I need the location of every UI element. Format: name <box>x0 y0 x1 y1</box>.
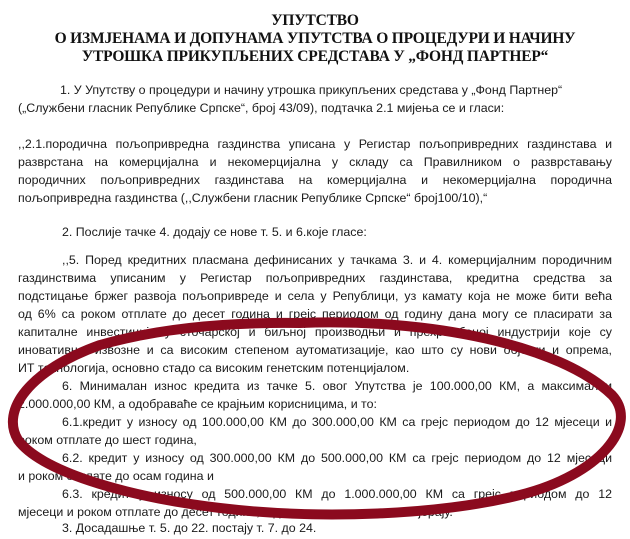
point-5-line-5: капиталне инвестиције у сточарској и биљ… <box>18 324 612 340</box>
document-page: УПУТСТВО О ИЗМЈЕНАМА И ДОПУНАМА УПУТСТВА… <box>0 0 630 539</box>
document-title-line-3: УТРОШКА ПРИКУПЉЕНИХ СРЕДСТАВА У „ФОНД ПА… <box>0 48 630 65</box>
point-6-1-line-2: роком отплате до шест година, <box>18 432 197 448</box>
point-6-3-line-2: мјесеци и роком отплате до десет година,… <box>18 504 457 520</box>
point-6-line-1: 6. Минималан износ кредита из тачке 5. о… <box>62 378 612 394</box>
point-6-line-2: 2.000.000,00 КМ, а одобраваће се крајњим… <box>18 396 377 412</box>
quote-2-1-line-1: ,,2.1.породична пољопривредна газдинства… <box>18 136 612 152</box>
point-6-2-line-2: и роком отплате до осам година и <box>18 468 214 484</box>
point-5-line-4: од 6% са роком отплате до десет година и… <box>18 306 612 322</box>
point-6-2-line-1: 6.2. кредит у износу од 300.000,00 КМ до… <box>62 450 612 466</box>
item-1-line-1: 1. У Упутству о процедури и начину утрош… <box>60 82 562 98</box>
point-6-1-line-1: 6.1.кредит у износу од 100.000,00 КМ до … <box>62 414 612 430</box>
point-5-line-7: ИТ технологија, основно стадо са високим… <box>18 360 409 376</box>
quote-2-1-line-3: породичних пољопривредних газдинстава на… <box>18 172 612 188</box>
document-title-line-1: УПУТСТВО <box>0 12 630 29</box>
item-3-line: 3. Досадашње т. 5. до 22. постају т. 7. … <box>62 520 316 536</box>
item-2-line: 2. Послије тачке 4. додају се нове т. 5.… <box>62 224 367 240</box>
point-5-line-6: иновативне, извозне и са високим степено… <box>18 342 612 358</box>
document-title-line-2: О ИЗМЈЕНАМА И ДОПУНАМА УПУТСТВА О ПРОЦЕД… <box>0 30 630 47</box>
item-1-line-2: („Службени гласник Републике Српске“, бр… <box>18 100 504 116</box>
point-5-line-3: подстицање бржег развоја пољопривреде и … <box>18 288 612 304</box>
quote-2-1-line-2: разврстана на комерцијална и некомерција… <box>18 154 612 170</box>
quote-2-1-line-4: пољопривредна газдинства (,,Службени гла… <box>18 190 487 206</box>
point-5-line-1: ,,5. Поред кредитних пласмана дефинисани… <box>62 252 612 268</box>
point-6-3-line-1: 6.3. кредит у износу од 500.000,00 КМ до… <box>62 486 612 502</box>
point-5-line-2: газдинствима уписаним у Регистар пољопри… <box>18 270 612 286</box>
